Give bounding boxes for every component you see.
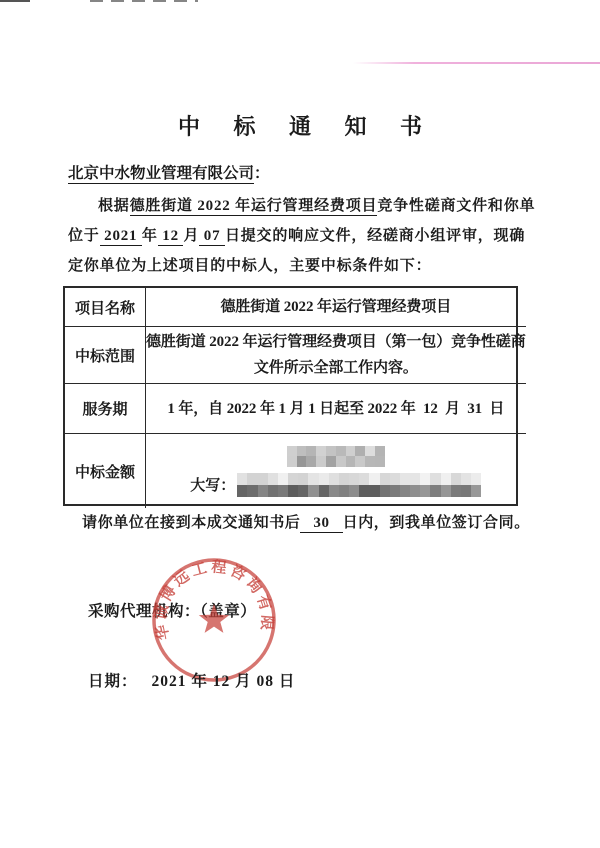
- date-label: 日期：: [88, 673, 138, 690]
- date-line: 日期：2021 年 12 月 08 日: [88, 669, 295, 691]
- submission-day-underlined: 07: [199, 228, 225, 246]
- intro-paragraph: 根据德胜街道 2022 年运行管理经费项目竞争性磋商文件和你单 位于 2021 …: [68, 191, 554, 281]
- table-value-service-period: 1 年，自 2022 年 1 月 1 日起至 2022 年 12 月 31 日: [145, 383, 526, 433]
- recipient-line: 北京中水物业管理有限公司：: [68, 161, 270, 183]
- procurement-agency-line: 采购代理机构：（盖章）: [88, 599, 256, 621]
- table-label-award-scope: 中标范围: [65, 326, 145, 383]
- award-notice-page: 中 标 通 知 书 北京中水物业管理有限公司： 根据德胜街道 2022 年运行管…: [0, 0, 600, 848]
- recipient-colon: ：: [254, 165, 270, 182]
- table-label-service-period: 服务期: [65, 383, 145, 433]
- award-scope-line2: 文件所示全部工作内容。: [254, 355, 418, 381]
- table-value-award-amount: 大写：: [145, 433, 526, 508]
- table-value-award-scope: 德胜街道 2022 年运行管理经费项目（第一包）竞争性磋商 文件所示全部工作内容…: [145, 326, 526, 383]
- scan-artifact-top-dashes: [90, 0, 198, 2]
- intro-text: 日提交的响应文件，经磋商小组评审，现确: [225, 228, 525, 244]
- submission-year-underlined: 2021: [100, 228, 142, 246]
- scan-artifact-top-left: [0, 0, 30, 2]
- redacted-amount-mosaic: [287, 446, 385, 467]
- date-value: 2021 年 12 月 08 日: [152, 673, 296, 690]
- submission-month-underlined: 12: [158, 228, 184, 246]
- intro-text: 年: [142, 228, 158, 244]
- notice-days-underlined: 30: [300, 515, 342, 533]
- table-label-project-name: 项目名称: [65, 288, 145, 326]
- redacted-amount-words-mosaic: [237, 473, 481, 497]
- table-label-award-amount: 中标金额: [65, 433, 145, 508]
- award-scope-line1: 德胜街道 2022 年运行管理经费项目（第一包）竞争性磋商: [146, 329, 526, 355]
- amount-in-words-row: 大写：: [146, 473, 526, 497]
- recipient-company-name: 北京中水物业管理有限公司: [68, 165, 254, 184]
- intro-text: 定你单位为上述项目的中标人，主要中标条件如下：: [68, 258, 431, 274]
- service-period-value: 1 年，自 2022 年 1 月 1 日起至 2022 年 12 月 31 日: [167, 396, 504, 422]
- project-name-value: 德胜街道 2022 年运行管理经费项目: [221, 294, 452, 320]
- intro-text: 位于: [68, 228, 100, 244]
- notice-text: 日内，到我单位签订合同。: [343, 515, 530, 531]
- table-value-project-name: 德胜街道 2022 年运行管理经费项目: [145, 288, 526, 326]
- intro-line-2: 位于 2021 年 12 月 07 日提交的响应文件，经磋商小组评审，现确: [68, 221, 554, 251]
- seal-company-text: 华诚博远工程咨询有限公司: [148, 554, 277, 642]
- notice-text: 请你单位在接到本成交通知书后: [82, 515, 300, 531]
- contract-signing-notice: 请你单位在接到本成交通知书后30日内，到我单位签订合同。: [82, 514, 530, 533]
- project-name-underlined: 德胜街道 2022 年运行管理经费项目: [130, 198, 378, 216]
- intro-line-3: 定你单位为上述项目的中标人，主要中标条件如下：: [68, 251, 554, 281]
- award-conditions-table: 项目名称 德胜街道 2022 年运行管理经费项目 中标范围 德胜街道 2022 …: [63, 286, 518, 506]
- intro-text: 竞争性磋商文件和你单: [377, 198, 535, 214]
- intro-text: 月: [183, 228, 199, 244]
- intro-line-1: 根据德胜街道 2022 年运行管理经费项目竞争性磋商文件和你单: [68, 191, 554, 221]
- scan-artifact-pink-line: [353, 62, 600, 64]
- amount-in-words-label: 大写：: [190, 474, 235, 495]
- intro-text: 根据: [98, 198, 130, 214]
- page-title: 中 标 通 知 书: [0, 110, 600, 141]
